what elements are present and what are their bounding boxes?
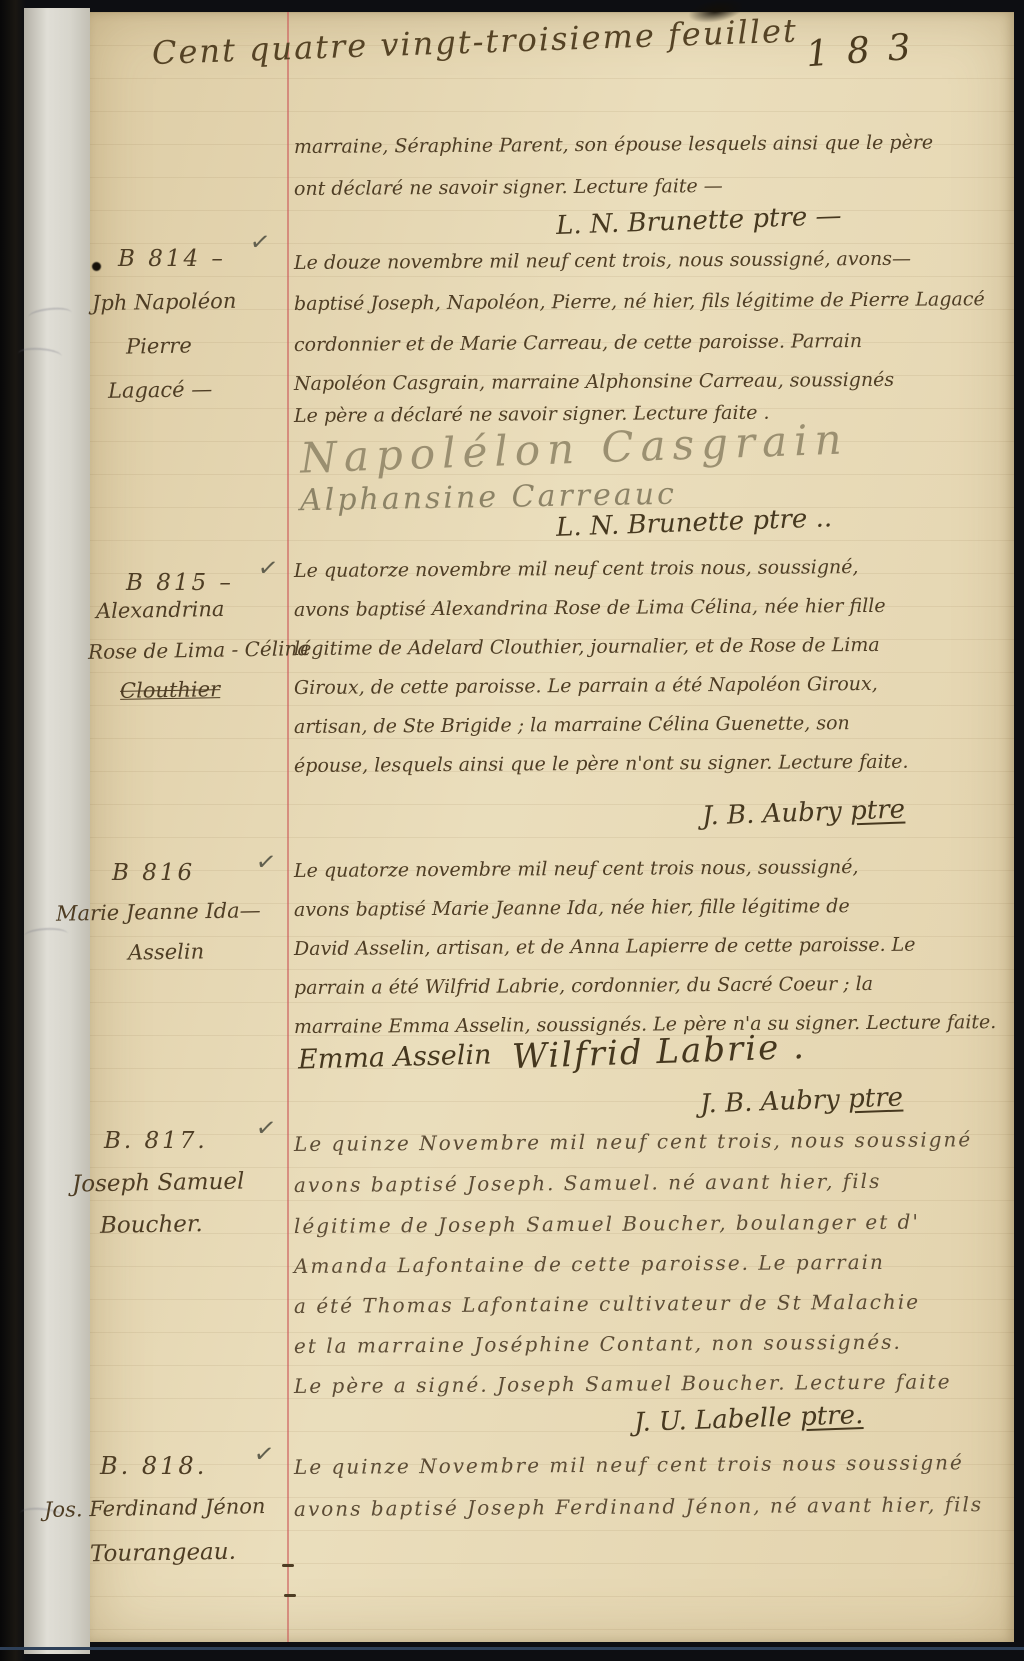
checkmark-icon: ✓ bbox=[254, 847, 278, 878]
record-line: avons baptisé Joseph. Samuel. né avant h… bbox=[294, 1169, 881, 1197]
record-line: épouse, lesquels ainsi que le père n'ont… bbox=[294, 751, 909, 777]
record-line: légitime de Joseph Samuel Boucher, boula… bbox=[294, 1210, 920, 1238]
record-line: a été Thomas Lafontaine cultivateur de S… bbox=[294, 1290, 920, 1318]
checkmark-icon: ✓ bbox=[252, 1439, 276, 1470]
record-number: B. 818. bbox=[100, 1452, 207, 1480]
record-line: baptisé Joseph, Napoléon, Pierre, né hie… bbox=[294, 288, 985, 315]
margin-name: Rose de Lima - Célina bbox=[88, 636, 310, 664]
priest-signature: J. B. Aubry ptre bbox=[700, 1082, 904, 1119]
record-line: artisan, de Ste Brigide ; la marraine Cé… bbox=[294, 712, 850, 738]
page-heading: Cent quatre vingt-troisieme feuillet bbox=[151, 11, 798, 72]
record-line: Le quinze Novembre mil neuf cent trois, … bbox=[294, 1127, 972, 1156]
priest-title: ptre bbox=[850, 794, 906, 826]
record-number: B 816 bbox=[112, 860, 195, 886]
margin-name: Jos. Ferdinand Jénon bbox=[44, 1494, 266, 1522]
priest-title: ptre bbox=[848, 1082, 904, 1114]
checkmark-icon: ✓ bbox=[248, 227, 272, 258]
margin-name: Alexandrina bbox=[96, 597, 225, 623]
record-line: Le quatorze novembre mil neuf cent trois… bbox=[294, 856, 859, 882]
record-line: Le douze novembre mil neuf cent trois, n… bbox=[294, 248, 911, 274]
priest-title: ptre .. bbox=[752, 503, 833, 536]
margin-name: Clouthier bbox=[120, 677, 221, 703]
record-line: avons baptisé Marie Jeanne Ida, née hier… bbox=[294, 895, 850, 921]
record-line: Giroux, de cette paroisse. Le parrain a … bbox=[294, 673, 878, 699]
record-line: Le quinze Novembre mil neuf cent trois n… bbox=[294, 1450, 964, 1479]
record-line: Napoléon Casgrain, marraine Alphonsine C… bbox=[294, 369, 894, 395]
folio-number: 183 bbox=[805, 26, 930, 75]
record-line: parrain a été Wilfrid Labrie, cordonnier… bbox=[294, 973, 873, 999]
margin-name: Tourangeau. bbox=[90, 1539, 236, 1568]
priest-title: ptre. bbox=[800, 1400, 864, 1432]
margin-name: Lagacé — bbox=[108, 377, 213, 403]
record-number: B 814 – bbox=[118, 246, 226, 272]
pen-dash-mark bbox=[282, 1564, 294, 1567]
priest-signature: J. U. Labelle ptre. bbox=[634, 1400, 864, 1438]
record-line: Le quatorze novembre mil neuf cent trois… bbox=[294, 556, 859, 582]
handwriting-layer: Cent quatre vingt-troisieme feuillet 183… bbox=[0, 0, 1024, 1661]
priest-signature: L. N. Brunette ptre — bbox=[556, 201, 842, 241]
checkmark-icon: ✓ bbox=[254, 1113, 278, 1144]
record-line: cordonnier et de Marie Carreau, de cette… bbox=[294, 330, 862, 356]
checkmark-icon: ✓ bbox=[256, 553, 280, 584]
record-line: avons baptisé Alexandrina Rose de Lima C… bbox=[294, 595, 886, 621]
margin-name: Boucher. bbox=[100, 1211, 203, 1239]
record-line: légitime de Adelard Clouthier, journalie… bbox=[294, 634, 880, 660]
margin-name: Marie Jeanne Ida— bbox=[56, 898, 261, 926]
record-number: B. 817. bbox=[104, 1128, 208, 1154]
priest-name: J. U. Labelle bbox=[634, 1403, 793, 1438]
priest-signature: J. B. Aubry ptre bbox=[702, 794, 906, 831]
priest-title: ptre — bbox=[752, 201, 842, 234]
record-line: Amanda Lafontaine de cette paroisse. Le … bbox=[294, 1250, 885, 1278]
record-number: B 815 – bbox=[126, 570, 234, 596]
margin-name: Jph Napoléon bbox=[92, 289, 237, 316]
priest-name: J. B. Aubry bbox=[702, 797, 843, 832]
margin-name: Joseph Samuel bbox=[72, 1168, 245, 1197]
witness-signature: Emma Asselin bbox=[298, 1039, 492, 1075]
record-line: Le père a signé. Joseph Samuel Boucher. … bbox=[294, 1369, 952, 1398]
record-line: ont déclaré ne savoir signer. Lecture fa… bbox=[294, 175, 723, 200]
priest-name: L. N. Brunette bbox=[556, 204, 745, 241]
record-line: David Asselin, artisan, et de Anna Lapie… bbox=[294, 934, 916, 960]
record-line: avons baptisé Joseph Ferdinand Jénon, né… bbox=[294, 1492, 983, 1521]
priest-name: L. N. Brunette bbox=[556, 506, 745, 543]
record-line: marraine, Séraphine Parent, son épouse l… bbox=[294, 132, 933, 158]
margin-name: Asselin bbox=[128, 939, 205, 964]
record-line: et la marraine Joséphine Contant, non so… bbox=[294, 1330, 902, 1358]
priest-name: J. B. Aubry bbox=[700, 1085, 841, 1120]
margin-name: Pierre bbox=[126, 333, 192, 358]
pen-dash-mark bbox=[284, 1594, 296, 1597]
